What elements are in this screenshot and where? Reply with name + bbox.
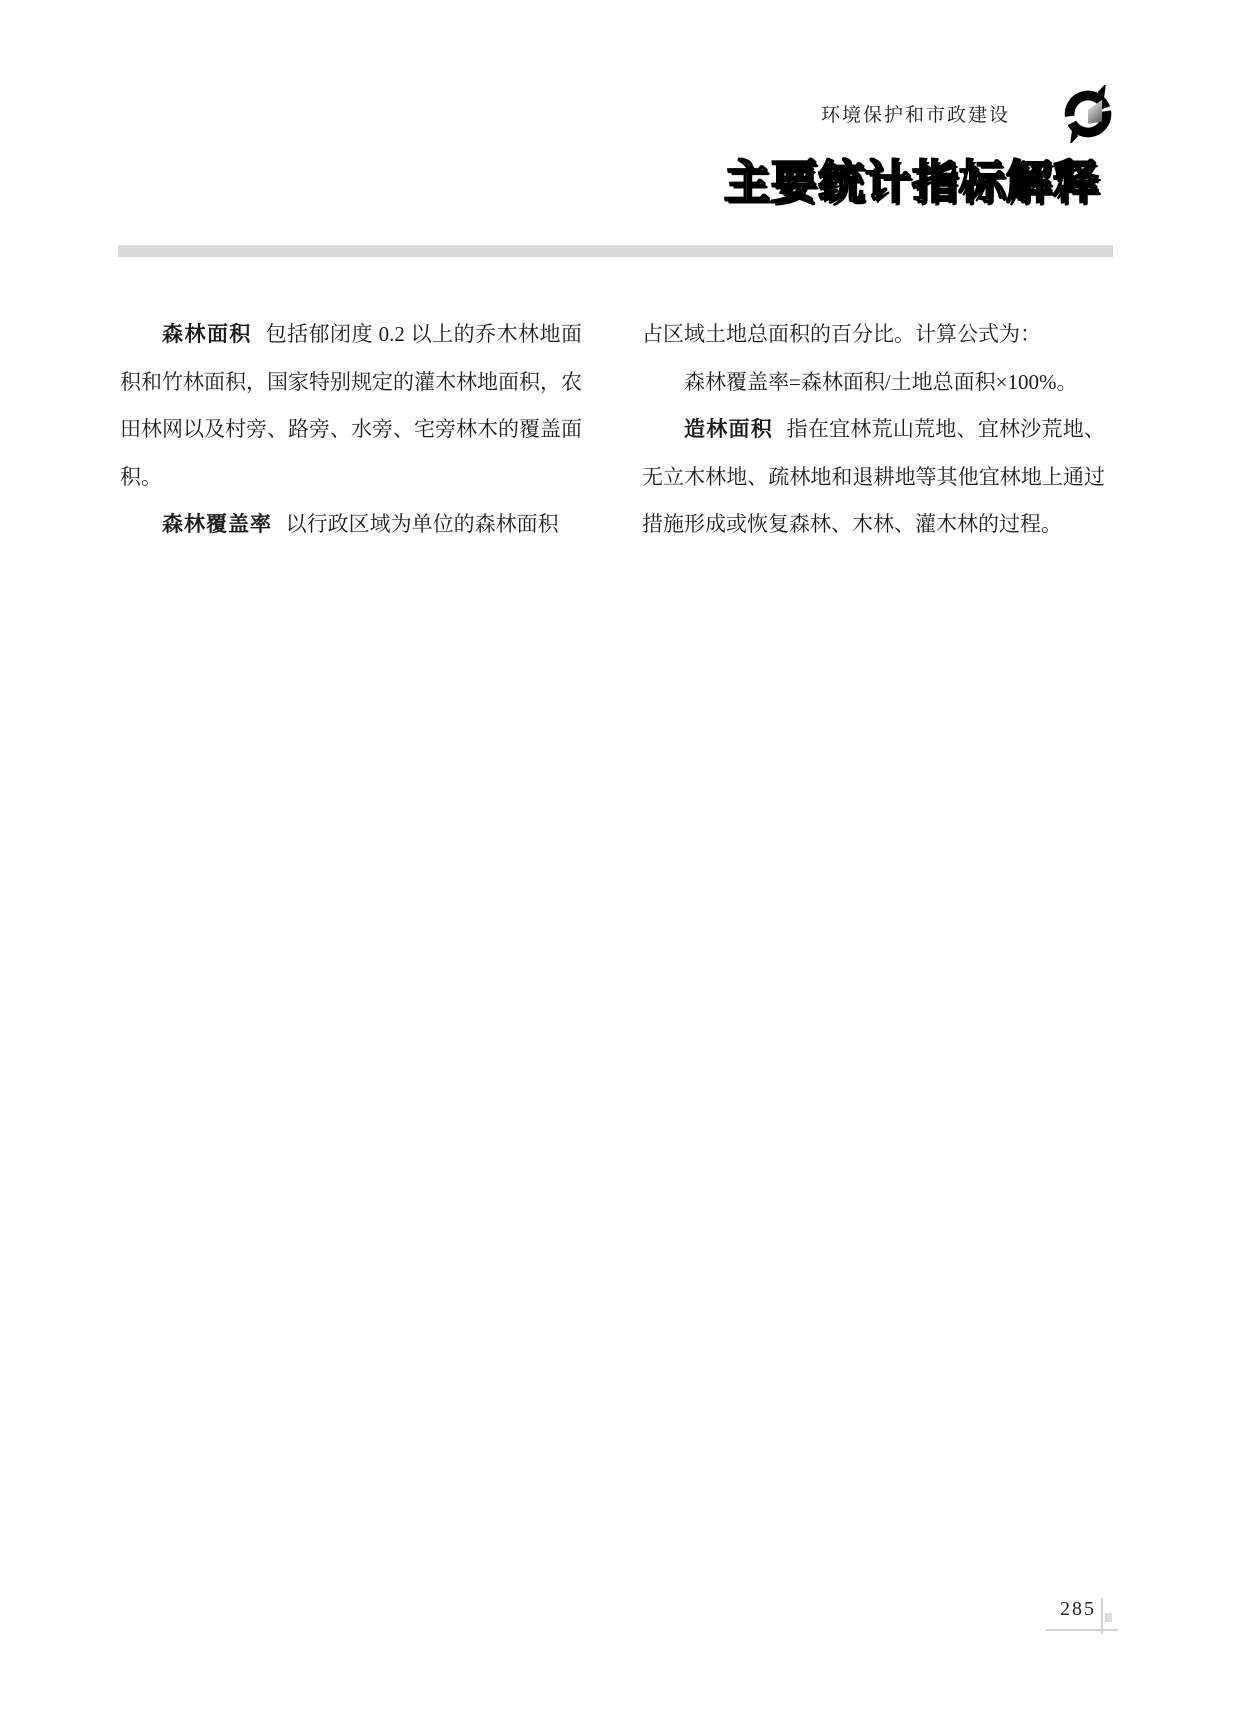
- term-label: 森林面积: [162, 323, 252, 346]
- document-page: 环境保护和市政建设 主要统计指标解释 森林面积包括郁闭度 0.2 以上的乔木林地…: [0, 0, 1241, 1713]
- page-title: 主要统计指标解释: [724, 146, 1100, 212]
- title-divider-bar: [118, 245, 1113, 257]
- paragraph-coverage-continued: 占区域土地总面积的百分比。计算公式为：: [642, 311, 1105, 359]
- paragraph-afforestation-area: 造林面积指在宜林荒山荒地、宜林沙荒地、无立木林地、疏林地和退耕地等其他宜林地上通…: [642, 406, 1105, 549]
- left-column: 森林面积包括郁闭度 0.2 以上的乔木林地面积和竹林面积，国家特别规定的灌木林地…: [120, 311, 582, 549]
- formula-text: 森林覆盖率=森林面积/土地总面积×100%。: [684, 370, 1078, 394]
- paragraph-text: 包括郁闭度 0.2 以上的乔木林地面积和竹林面积，国家特别规定的灌木林地面积，农…: [120, 322, 582, 489]
- right-column: 占区域土地总面积的百分比。计算公式为： 森林覆盖率=森林面积/土地总面积×100…: [642, 311, 1105, 549]
- footer-tick-mark: [1105, 1613, 1112, 1622]
- publisher-logo-icon: [1062, 85, 1114, 143]
- paragraph-text: 占区域土地总面积的百分比。计算公式为：: [642, 322, 1041, 346]
- paragraph-forest-area: 森林面积包括郁闭度 0.2 以上的乔木林地面积和竹林面积，国家特别规定的灌木林地…: [120, 311, 582, 501]
- footer-vertical-rule: [1101, 1598, 1103, 1634]
- paragraph-text: 以行政区域为单位的森林面积: [286, 512, 559, 536]
- paragraph-forest-coverage: 森林覆盖率以行政区域为单位的森林面积: [120, 501, 582, 549]
- term-label: 森林覆盖率: [162, 513, 272, 536]
- term-label: 造林面积: [684, 418, 773, 441]
- section-title: 环境保护和市政建设: [821, 100, 1010, 127]
- footer-horizontal-rule: [1046, 1629, 1118, 1631]
- paragraph-coverage-formula: 森林覆盖率=森林面积/土地总面积×100%。: [642, 359, 1105, 407]
- page-number: 285: [1060, 1598, 1096, 1621]
